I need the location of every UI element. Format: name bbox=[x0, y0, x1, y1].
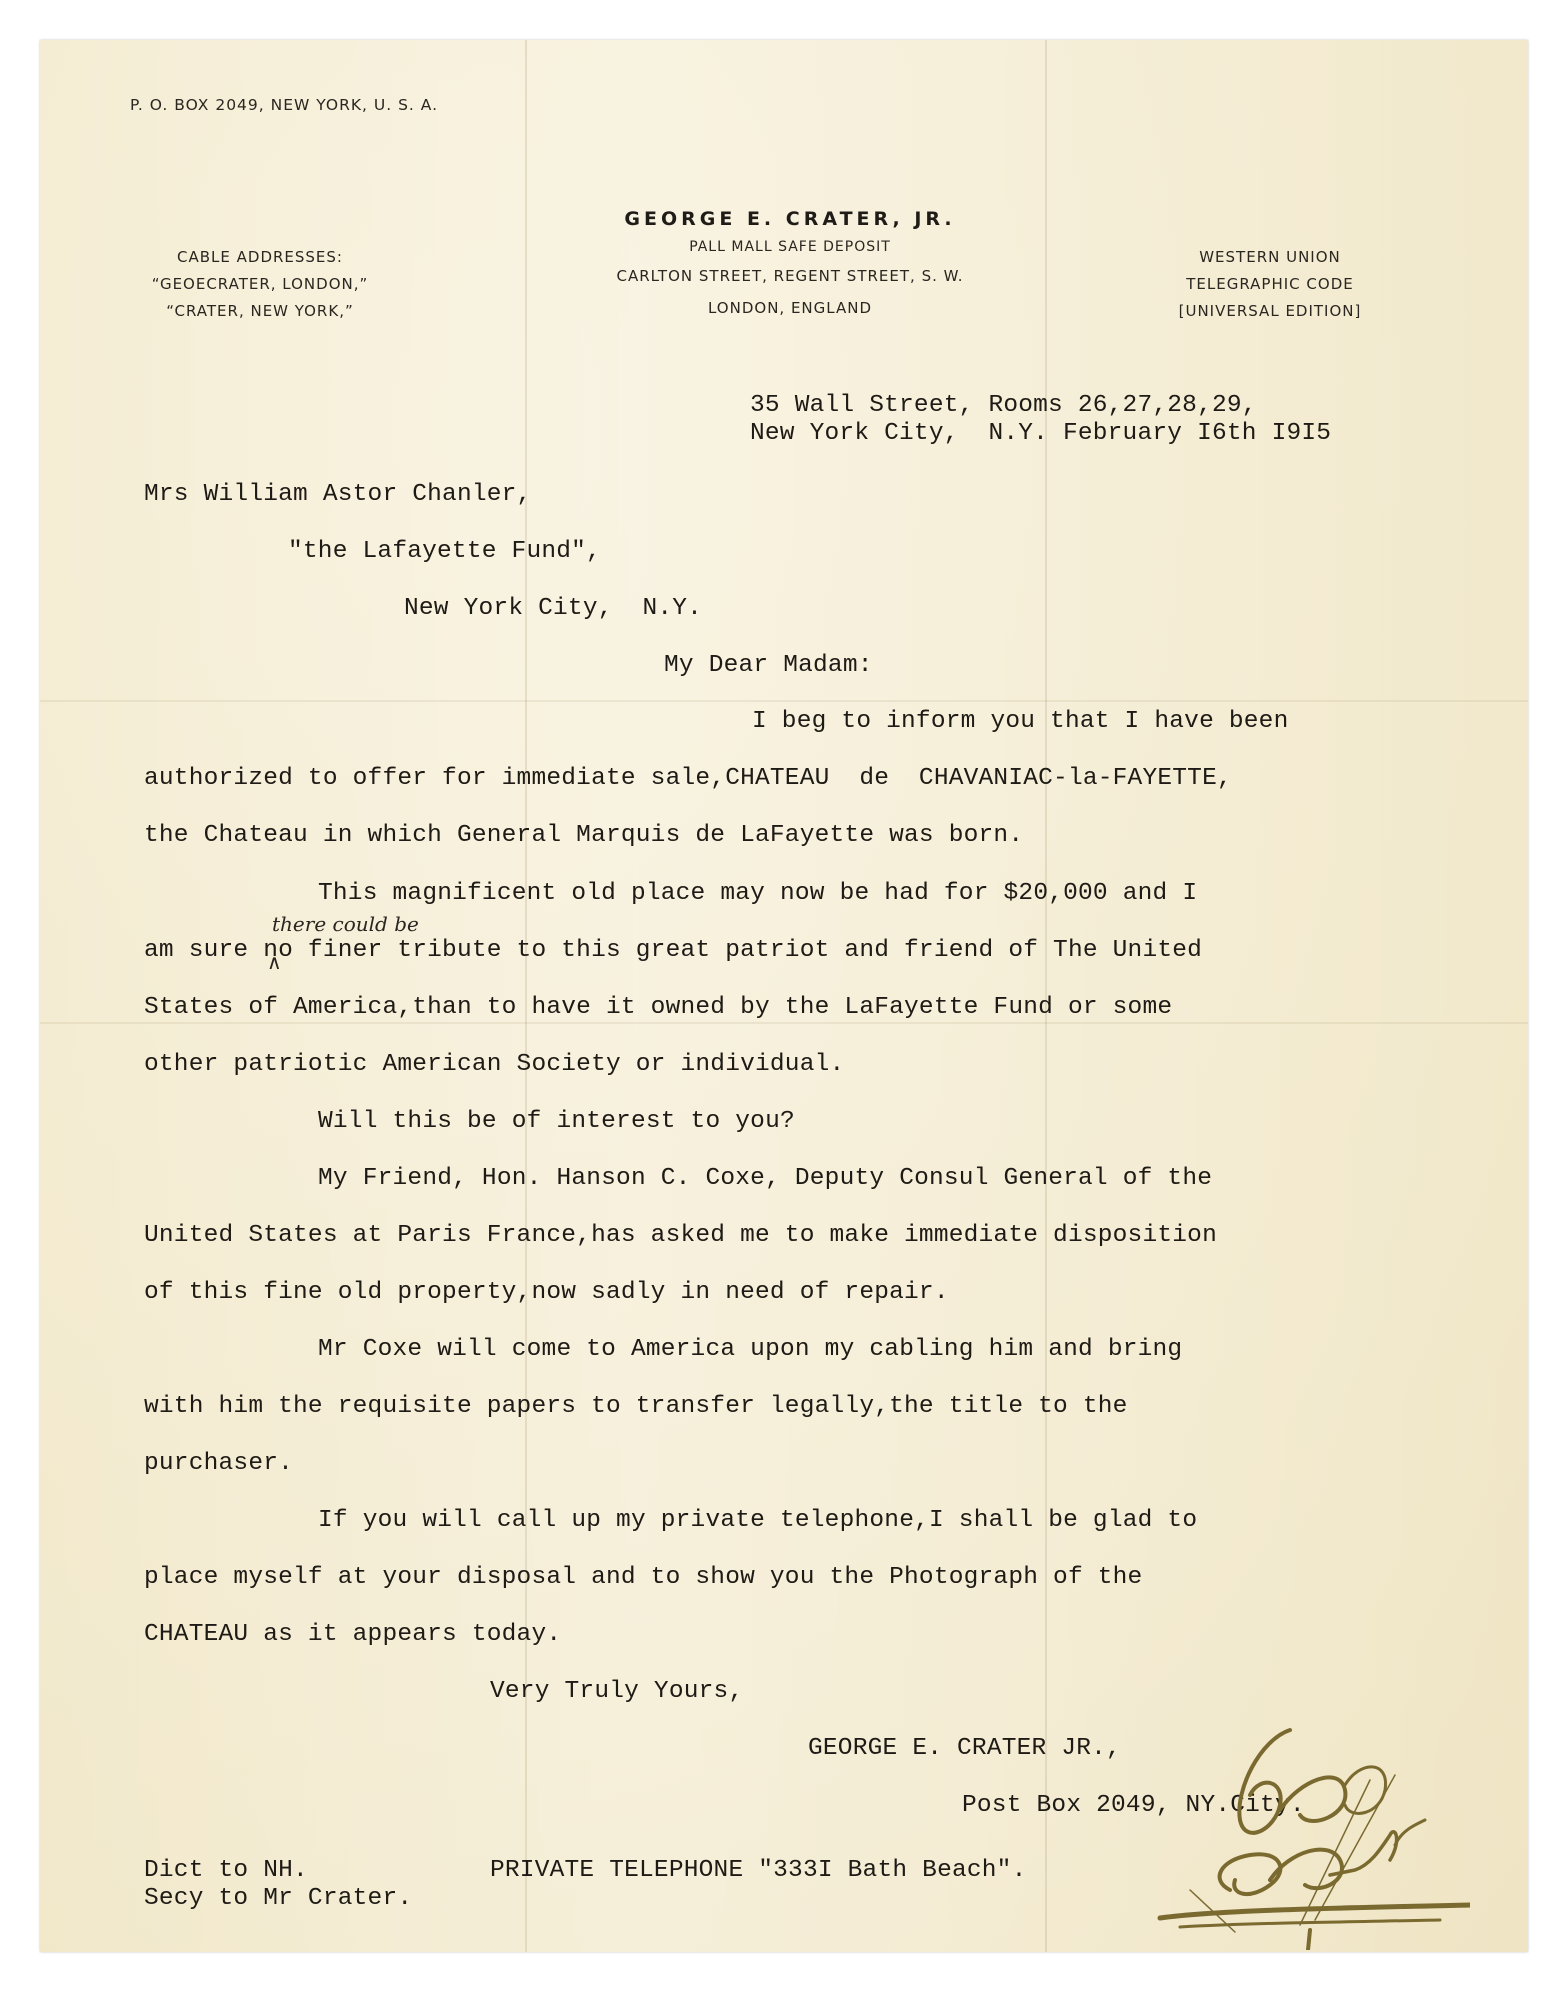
cable-title: CABLE ADDRESSES: bbox=[130, 244, 390, 271]
body-line: My Friend, Hon. Hanson C. Coxe, Deputy C… bbox=[318, 1165, 1212, 1192]
dictation-note-line-2: Secy to Mr Crater. bbox=[144, 1885, 412, 1912]
body-line: authorized to offer for immediate sale,C… bbox=[144, 765, 1232, 792]
fold-line-horizontal bbox=[40, 1022, 1528, 1024]
body-line: If you will call up my private telephone… bbox=[318, 1507, 1197, 1534]
closing: Very Truly Yours, bbox=[490, 1678, 743, 1705]
body-line: CHATEAU as it appears today. bbox=[144, 1621, 561, 1648]
fold-line-horizontal bbox=[40, 700, 1528, 702]
body-line: other patriotic American Society or indi… bbox=[144, 1051, 844, 1078]
body-line: place myself at your disposal and to sho… bbox=[144, 1564, 1142, 1591]
body-line: Will this be of interest to you? bbox=[318, 1108, 795, 1135]
letterhead-po-box: P. O. BOX 2049, NEW YORK, U. S. A. bbox=[130, 92, 438, 119]
recipient-name: Mrs William Astor Chanler, bbox=[144, 481, 531, 508]
body-line: I beg to inform you that I have been bbox=[752, 708, 1289, 735]
recipient-city: New York City, N.Y. bbox=[404, 595, 702, 622]
body-line: United States at Paris France,has asked … bbox=[144, 1222, 1217, 1249]
letterhead-cable-addresses: CABLE ADDRESSES: “GEOECRATER, LONDON,” “… bbox=[130, 244, 390, 325]
code-line-3: [UNIVERSAL EDITION] bbox=[1160, 298, 1380, 325]
handwritten-signature bbox=[1140, 1720, 1470, 1950]
letterhead-line-1: PALL MALL SAFE DEPOSIT bbox=[540, 234, 1040, 261]
cable-line-2: “CRATER, NEW YORK,” bbox=[130, 298, 390, 325]
body-line: States of America,than to have it owned … bbox=[144, 994, 1172, 1021]
sender-address-line-1: 35 Wall Street, Rooms 26,27,28,29, bbox=[750, 392, 1257, 419]
code-line-1: WESTERN UNION bbox=[1160, 244, 1380, 271]
sender-address-date: New York City, N.Y. February I6th I9I5 bbox=[750, 420, 1331, 447]
letterhead-telegraphic-code: WESTERN UNION TELEGRAPHIC CODE [UNIVERSA… bbox=[1160, 244, 1380, 325]
signature-name: GEORGE E. CRATER JR., bbox=[808, 1735, 1121, 1762]
salutation: My Dear Madam: bbox=[664, 652, 873, 679]
dictation-note-line-1: Dict to NH. bbox=[144, 1857, 308, 1884]
code-line-2: TELEGRAPHIC CODE bbox=[1160, 271, 1380, 298]
recipient-org: "the Lafayette Fund", bbox=[288, 538, 601, 565]
handwritten-insertion: there could be bbox=[272, 912, 419, 936]
body-line: purchaser. bbox=[144, 1450, 293, 1477]
letterhead-line-2: CARLTON STREET, REGENT STREET, S. W. bbox=[540, 261, 1040, 291]
letterhead-name: GEORGE E. CRATER, JR. bbox=[540, 204, 1040, 234]
letterhead-line-3: LONDON, ENGLAND bbox=[540, 291, 1040, 325]
private-telephone: PRIVATE TELEPHONE "333I Bath Beach". bbox=[490, 1857, 1027, 1884]
body-line: Mr Coxe will come to America upon my cab… bbox=[318, 1336, 1182, 1363]
body-line: This magnificent old place may now be ha… bbox=[318, 880, 1197, 907]
cable-line-1: “GEOECRATER, LONDON,” bbox=[130, 271, 390, 298]
body-line: with him the requisite papers to transfe… bbox=[144, 1393, 1128, 1420]
body-line: of this fine old property,now sadly in n… bbox=[144, 1279, 949, 1306]
body-line: the Chateau in which General Marquis de … bbox=[144, 822, 1023, 849]
body-line: am sure no finer tribute to this great p… bbox=[144, 937, 1202, 964]
letterhead-center: GEORGE E. CRATER, JR. PALL MALL SAFE DEP… bbox=[540, 204, 1040, 325]
